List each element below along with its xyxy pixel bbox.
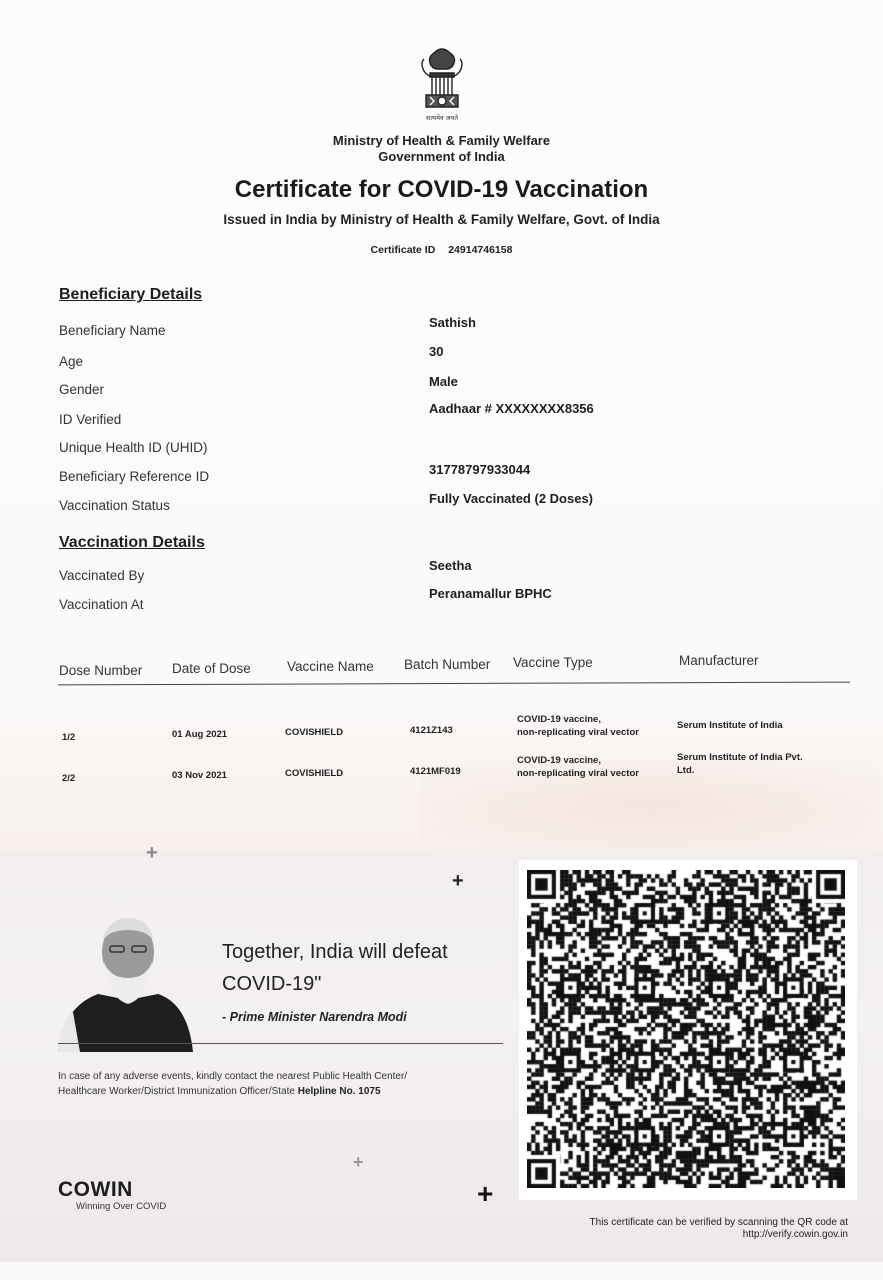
vaccine-type-line2: non-replicating viral vector bbox=[517, 726, 639, 739]
qr-code-icon bbox=[527, 870, 845, 1188]
gender-value: Male bbox=[429, 374, 458, 389]
adverse-events-advisory: In case of any adverse events, kindly co… bbox=[58, 1069, 498, 1099]
beneficiary-name-label: Beneficiary Name bbox=[59, 323, 166, 338]
batch-number-cell: 4121MF019 bbox=[410, 765, 461, 778]
verify-line1: This certificate can be verified by scan… bbox=[520, 1217, 848, 1229]
prime-minister-portrait bbox=[58, 912, 193, 1052]
paper-stain bbox=[420, 760, 880, 850]
vaccination-status-value: Fully Vaccinated (2 Doses) bbox=[429, 491, 593, 506]
beneficiary-section-title: Beneficiary Details bbox=[59, 286, 202, 304]
certificate-subtitle: Issued in India by Ministry of Health & … bbox=[0, 212, 883, 227]
gender-label: Gender bbox=[59, 382, 104, 397]
manufacturer-line1: Serum Institute of India bbox=[677, 719, 783, 732]
cowin-tagline: Winning Over COVID bbox=[76, 1201, 166, 1212]
id-verified-value: Aadhaar # XXXXXXXX8356 bbox=[429, 401, 594, 416]
registration-mark-icon: + bbox=[477, 1178, 493, 1210]
verification-note: This certificate can be verified by scan… bbox=[520, 1217, 848, 1241]
beneficiary-reference-id-value: 31778797933044 bbox=[429, 462, 530, 477]
cowin-logo: COWIN bbox=[58, 1178, 133, 1202]
th-batch-number: Batch Number bbox=[404, 657, 490, 672]
vaccine-type-line1: COVID-19 vaccine, bbox=[517, 713, 639, 726]
id-verified-label: ID Verified bbox=[59, 412, 121, 427]
registration-mark-icon: + bbox=[353, 1152, 364, 1173]
registration-mark-icon: + bbox=[146, 842, 158, 865]
batch-number-cell: 4121Z143 bbox=[410, 724, 453, 737]
verify-url[interactable]: http://verify.cowin.gov.in bbox=[520, 1229, 848, 1241]
vaccination-at-label: Vaccination At bbox=[59, 597, 144, 612]
quote-line2: COVID-19" bbox=[222, 973, 321, 996]
th-manufacturer: Manufacturer bbox=[679, 653, 759, 668]
beneficiary-reference-id-label: Beneficiary Reference ID bbox=[59, 469, 209, 484]
date-cell: 03 Nov 2021 bbox=[172, 769, 227, 782]
vaccination-status-label: Vaccination Status bbox=[59, 498, 170, 513]
vaccine-type-line2: non-replicating viral vector bbox=[517, 767, 639, 780]
certificate-id-value: 24914746158 bbox=[448, 244, 512, 256]
vaccine-type-cell: COVID-19 vaccine, non-replicating viral … bbox=[517, 713, 639, 739]
advisory-line2: Healthcare Worker/District Immunization … bbox=[58, 1084, 498, 1099]
helpline-number: Helpline No. 1075 bbox=[298, 1086, 381, 1097]
vaccinated-by-value: Seetha bbox=[429, 558, 472, 573]
page-bottom-edge bbox=[0, 1262, 883, 1280]
date-cell: 01 Aug 2021 bbox=[172, 728, 227, 741]
government-name: Government of India bbox=[0, 149, 883, 164]
quote-line1: Together, India will defeat bbox=[222, 941, 448, 964]
th-vaccine-type: Vaccine Type bbox=[513, 655, 593, 670]
quote-divider bbox=[58, 1043, 503, 1044]
th-vaccine-name: Vaccine Name bbox=[287, 659, 374, 674]
advisory-text: Healthcare Worker/District Immunization … bbox=[58, 1086, 298, 1097]
age-value: 30 bbox=[429, 344, 443, 359]
quote-attribution: - Prime Minister Narendra Modi bbox=[222, 1010, 407, 1024]
vaccination-section-title: Vaccination Details bbox=[59, 534, 205, 552]
th-date-of-dose: Date of Dose bbox=[172, 661, 251, 676]
registration-mark-icon: + bbox=[452, 870, 464, 893]
beneficiary-name-value: Sathish bbox=[429, 315, 476, 330]
emblem-motto: सत्यमेव जयते bbox=[412, 113, 472, 122]
vaccinated-by-label: Vaccinated By bbox=[59, 568, 144, 583]
vaccine-type-cell: COVID-19 vaccine, non-replicating viral … bbox=[517, 754, 639, 780]
advisory-line1: In case of any adverse events, kindly co… bbox=[58, 1069, 498, 1084]
dose-number-cell: 2/2 bbox=[62, 772, 75, 785]
manufacturer-line1: Serum Institute of India Pvt. bbox=[677, 751, 803, 764]
certificate-id-label: Certificate ID bbox=[371, 244, 436, 256]
vaccine-type-line1: COVID-19 vaccine, bbox=[517, 754, 639, 767]
certificate-id-row: Certificate ID 24914746158 bbox=[0, 244, 883, 256]
uhid-label: Unique Health ID (UHID) bbox=[59, 440, 208, 455]
ministry-name: Ministry of Health & Family Welfare bbox=[0, 133, 883, 148]
manufacturer-cell: Serum Institute of India Pvt. Ltd. bbox=[677, 751, 803, 777]
vaccine-name-cell: COVISHIELD bbox=[285, 726, 343, 739]
qr-code bbox=[519, 860, 857, 1200]
national-emblem-icon: सत्यमेव जयते bbox=[412, 45, 472, 125]
vaccination-at-value: Peranamallur BPHC bbox=[429, 586, 552, 601]
vaccine-name-cell: COVISHIELD bbox=[285, 767, 343, 780]
age-label: Age bbox=[59, 354, 83, 369]
th-dose-number: Dose Number bbox=[59, 663, 142, 678]
certificate-title: Certificate for COVID-19 Vaccination bbox=[0, 176, 883, 204]
manufacturer-cell: Serum Institute of India bbox=[677, 719, 783, 732]
dose-number-cell: 1/2 bbox=[62, 731, 75, 744]
manufacturer-line2: Ltd. bbox=[677, 764, 803, 777]
